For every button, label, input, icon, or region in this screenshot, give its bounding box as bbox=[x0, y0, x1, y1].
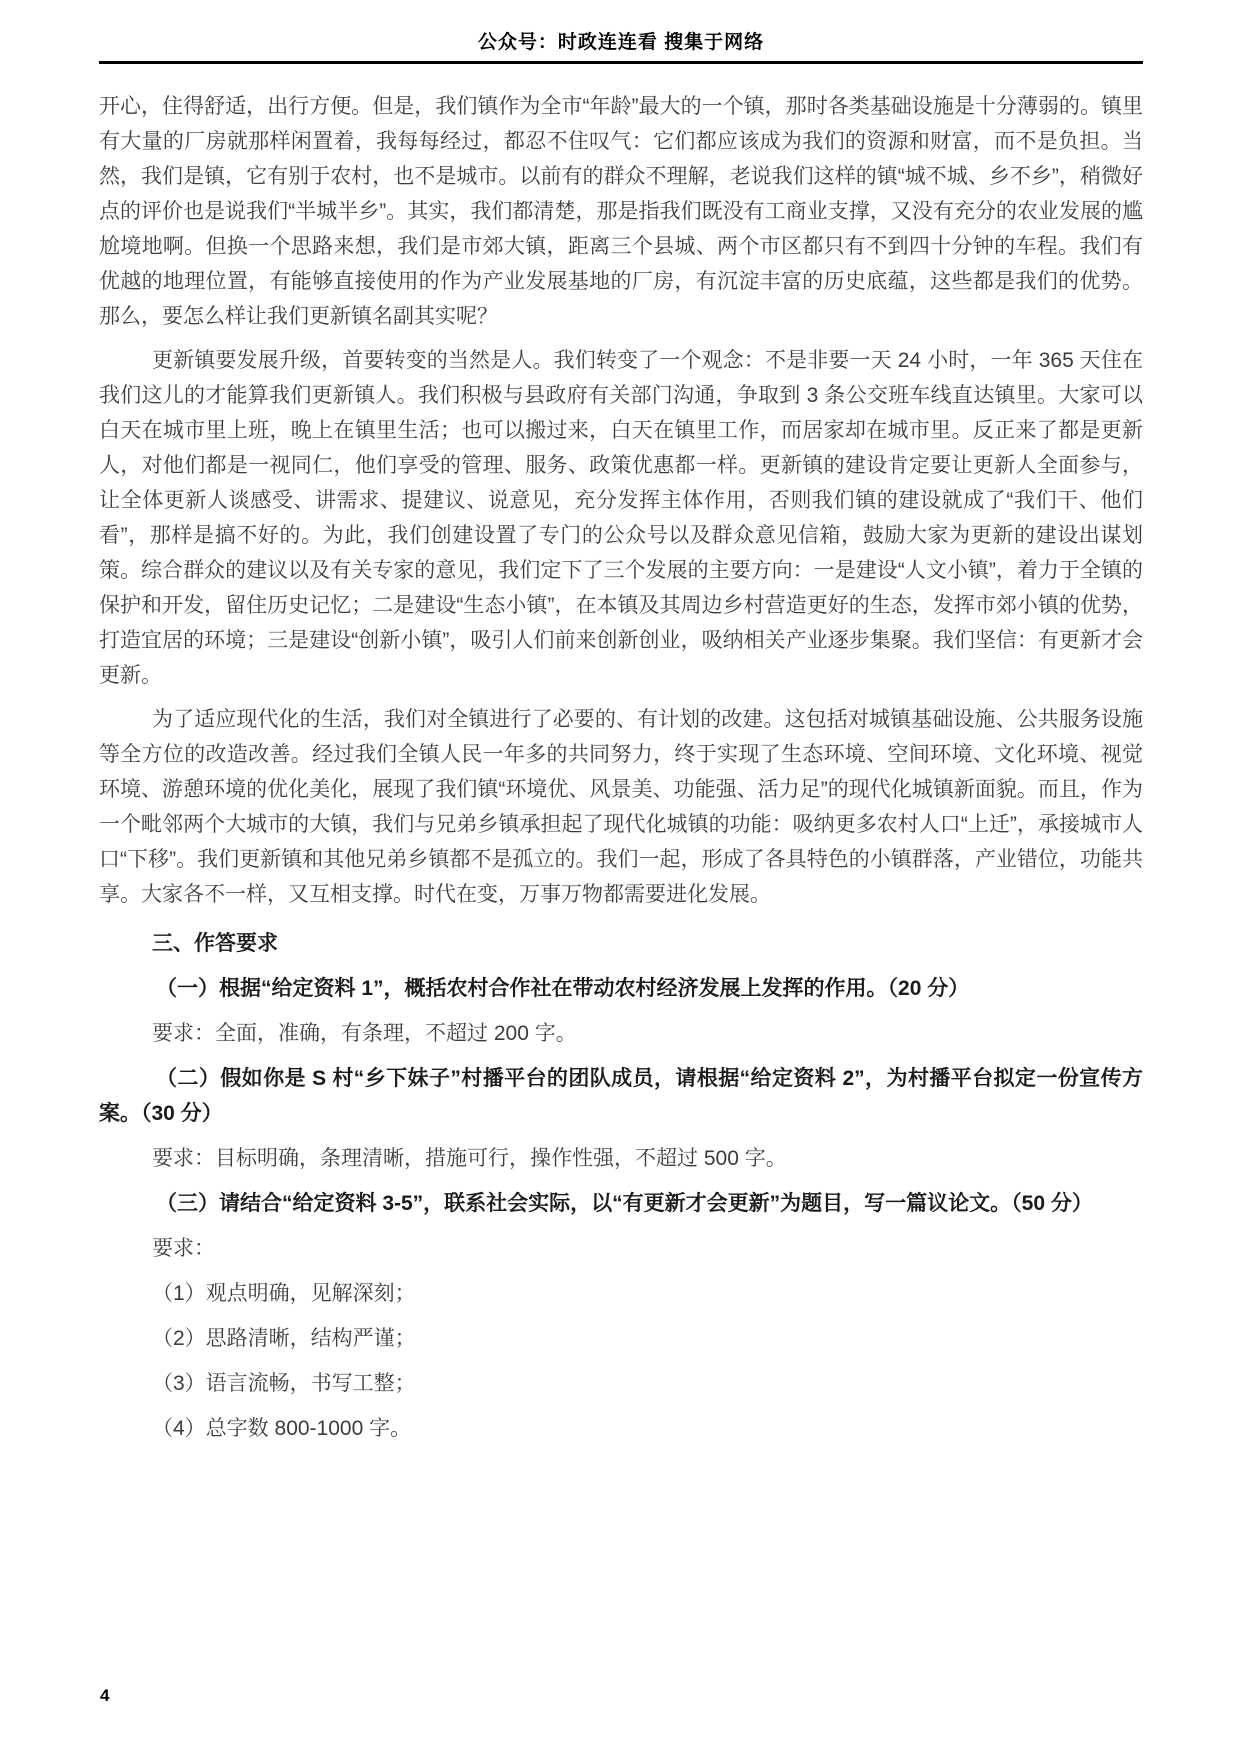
body-paragraph-1: 开心，住得舒适，出行方便。但是，我们镇作为全市“年龄”最大的一个镇，那时各类基础… bbox=[99, 89, 1143, 334]
body-paragraph-2: 更新镇要发展升级，首要转变的当然是人。我们转变了一个观念：不是非要一天 24 小… bbox=[99, 343, 1143, 693]
question-3-requirement-item-1: （1）观点明确，见解深刻； bbox=[99, 1276, 1143, 1311]
header-title: 公众号：时政连连看 搜集于网络 bbox=[99, 27, 1143, 54]
question-2-requirement: 要求：目标明确，条理清晰，措施可行，操作性强，不超过 500 字。 bbox=[99, 1141, 1143, 1176]
body-paragraph-3: 为了适应现代化的生活，我们对全镇进行了必要的、有计划的改建。这包括对城镇基础设施… bbox=[99, 702, 1143, 912]
question-3-requirement-label: 要求： bbox=[99, 1231, 1143, 1266]
page-content: 公众号：时政连连看 搜集于网络 开心，住得舒适，出行方便。但是，我们镇作为全市“… bbox=[99, 0, 1143, 1456]
question-1-requirement: 要求：全面，准确，有条理，不超过 200 字。 bbox=[99, 1016, 1143, 1051]
page-header: 公众号：时政连连看 搜集于网络 bbox=[99, 27, 1143, 64]
question-2-prompt: （二）假如你是 S 村“乡下妹子”村播平台的团队成员，请根据“给定资料 2”，为… bbox=[99, 1061, 1143, 1131]
question-1-prompt: （一）根据“给定资料 1”，概括农村合作社在带动农村经济发展上发挥的作用。（20… bbox=[99, 971, 1143, 1006]
question-3-requirement-item-2: （2）思路清晰，结构严谨； bbox=[99, 1321, 1143, 1356]
question-3-requirement-item-3: （3）语言流畅，书写工整； bbox=[99, 1366, 1143, 1401]
question-3-requirement-item-4: （4）总字数 800-1000 字。 bbox=[99, 1411, 1143, 1446]
document-body: 开心，住得舒适，出行方便。但是，我们镇作为全市“年龄”最大的一个镇，那时各类基础… bbox=[99, 89, 1143, 1446]
section-heading-answer-requirements: 三、作答要求 bbox=[99, 926, 1143, 961]
header-divider bbox=[99, 61, 1143, 64]
question-3-prompt: （三）请结合“给定资料 3-5”，联系社会实际，以“有更新才会更新”为题目，写一… bbox=[99, 1186, 1143, 1221]
page-number: 4 bbox=[100, 1686, 109, 1706]
document-page: 公众号：时政连连看 搜集于网络 开心，住得舒适，出行方便。但是，我们镇作为全市“… bbox=[0, 0, 1240, 1754]
